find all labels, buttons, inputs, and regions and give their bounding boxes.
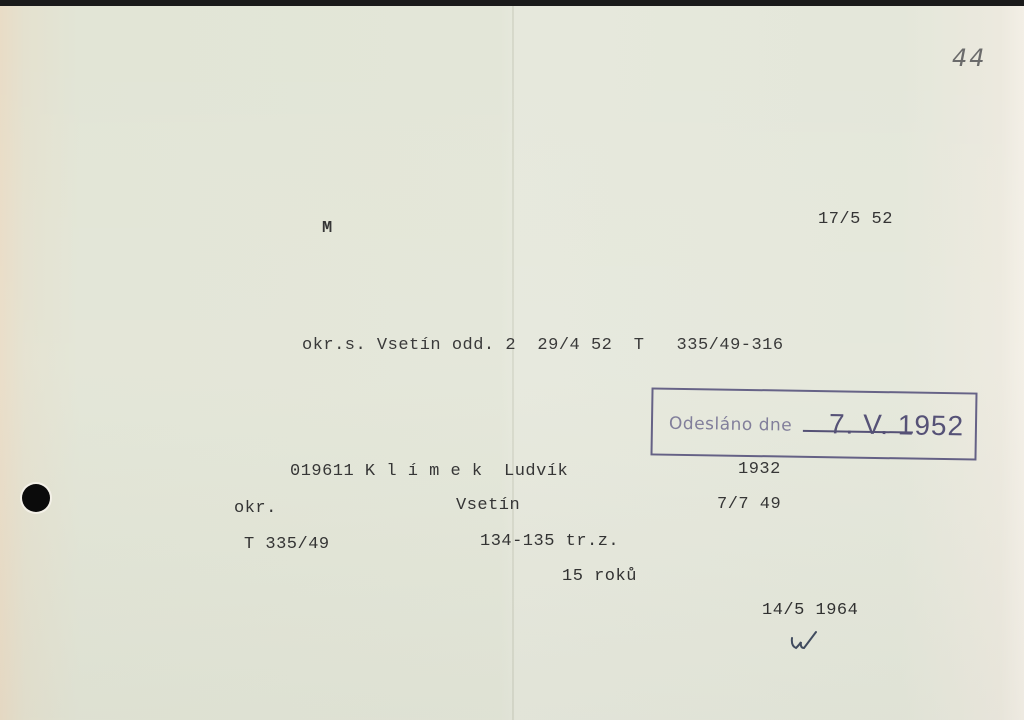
stamp-label: Odesláno dne — [669, 414, 793, 436]
stamp-date: 7. V. 1952 — [829, 408, 965, 442]
record-sentence: 15 roků — [562, 568, 637, 585]
record-end-date: 14/5 1964 — [762, 602, 858, 619]
sent-date-stamp: Odesláno dne 7. V. 1952 — [650, 387, 977, 460]
record-statute: 134-135 tr.z. — [480, 533, 619, 550]
header-mark: M — [322, 220, 333, 237]
header-date: 17/5 52 — [818, 211, 893, 228]
record-date: 7/7 49 — [717, 496, 781, 513]
record-birth-year: 1932 — [738, 461, 781, 478]
record-id-name: 019611 K l í m e k Ludvík — [290, 463, 568, 480]
record-district-label: okr. — [234, 500, 277, 517]
page-number: 44 — [952, 44, 987, 72]
record-district: Vsetín — [456, 497, 520, 514]
record-case-number: T 335/49 — [244, 536, 330, 553]
handwritten-check-icon — [788, 626, 818, 656]
punch-hole — [22, 484, 50, 512]
document-page: 44 M 17/5 52 okr.s. Vsetín odd. 2 29/4 5… — [0, 6, 1024, 720]
reference-line: okr.s. Vsetín odd. 2 29/4 52 T 335/49-31… — [302, 337, 784, 354]
